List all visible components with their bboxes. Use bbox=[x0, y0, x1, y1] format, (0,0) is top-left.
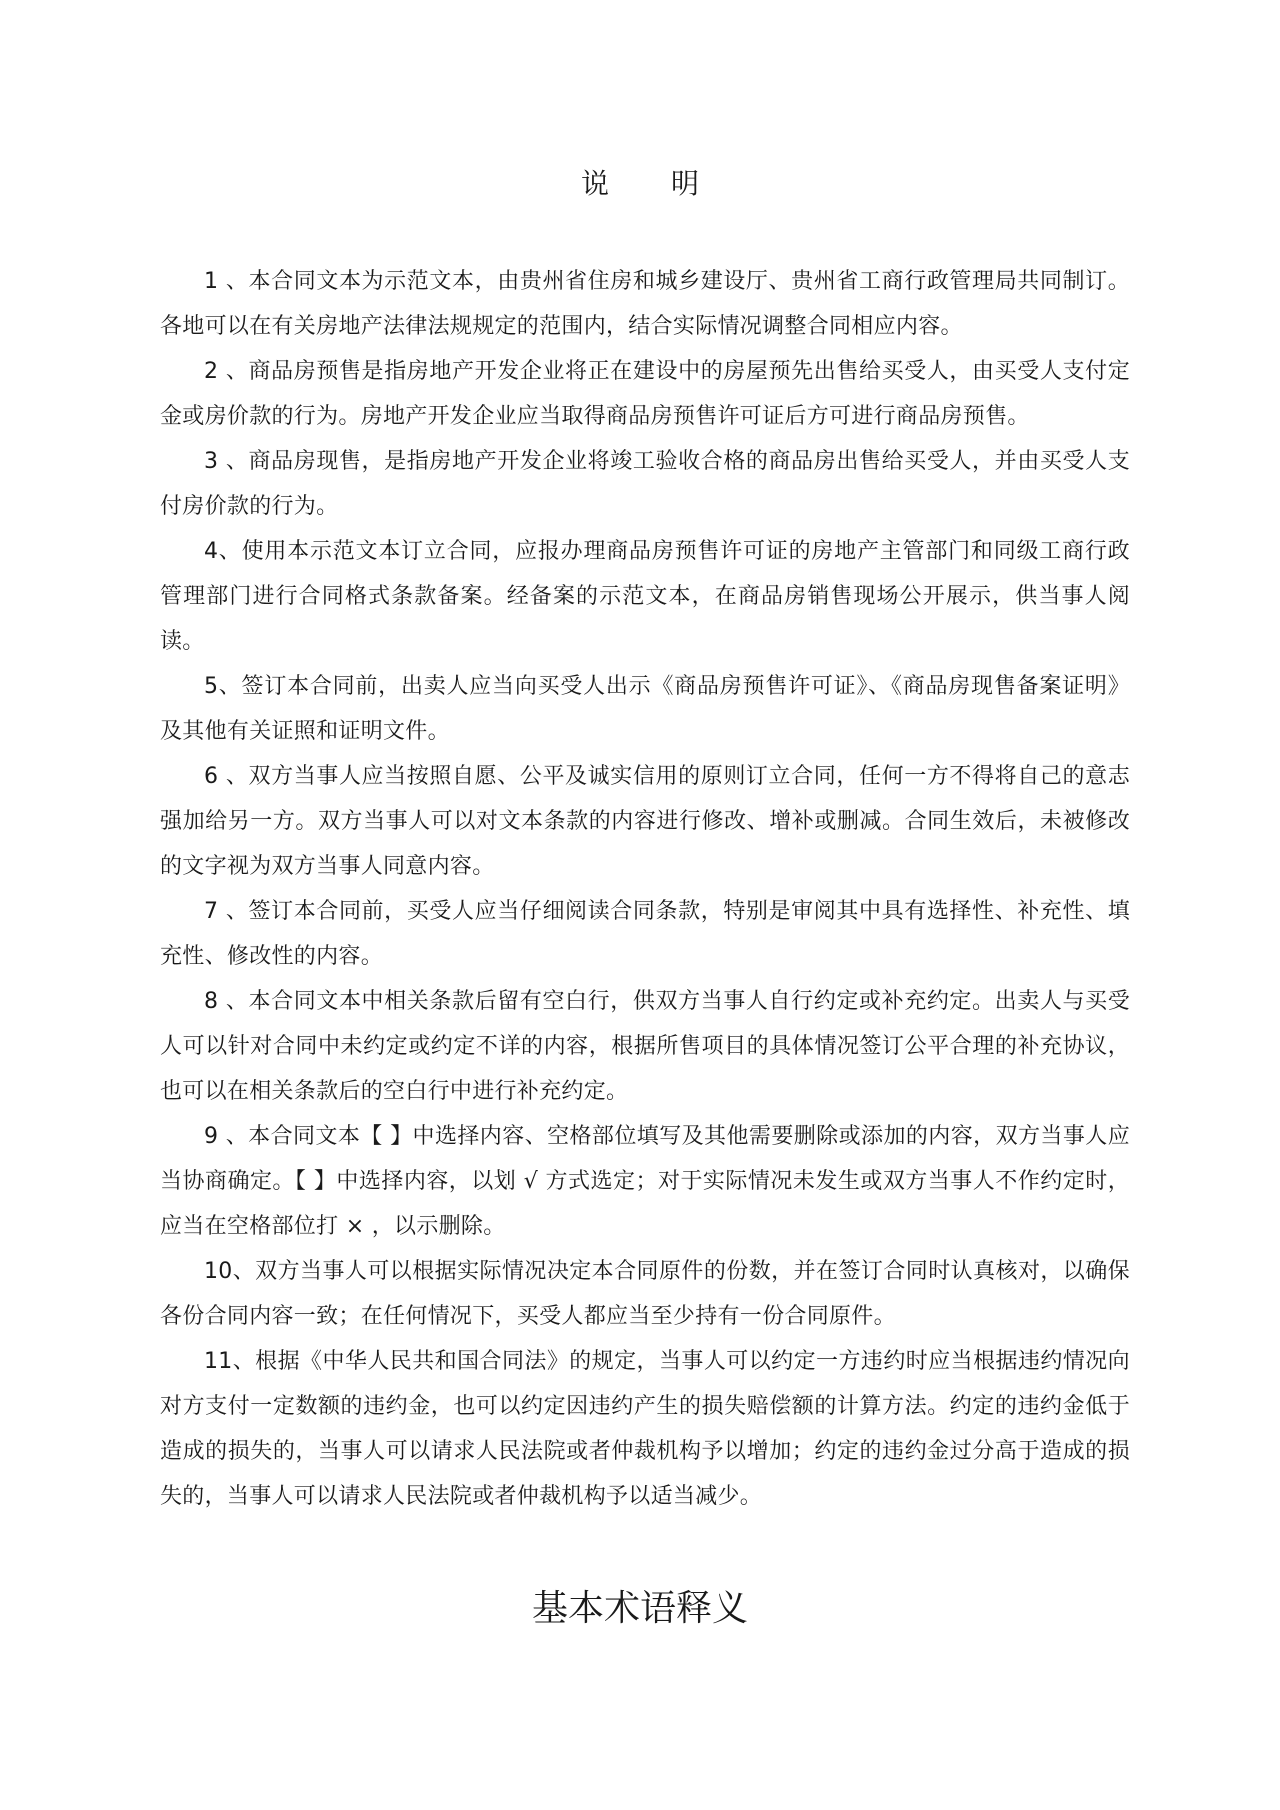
document-page: 说明 1 、本合同文本为示范文本，由贵州省住房和城乡建设厅、贵州省工商行政管理局… bbox=[0, 0, 1280, 1810]
instruction-paragraph-11: 11、根据《中华人民共和国合同法》的规定，当事人可以约定一方违约时应当根据违约情… bbox=[160, 1339, 1130, 1519]
section-heading-terms: 基本术语释义 bbox=[0, 1585, 1280, 1633]
instruction-paragraph-4: 4、使用本示范文本订立合同，应报办理商品房预售许可证的房地产主管部门和同级工商行… bbox=[160, 529, 1130, 664]
title-char-1: 说 bbox=[581, 167, 609, 200]
instruction-paragraph-2: 2 、商品房预售是指房地产开发企业将正在建设中的房屋预先出售给买受人，由买受人支… bbox=[160, 349, 1130, 439]
instruction-paragraph-1: 1 、本合同文本为示范文本，由贵州省住房和城乡建设厅、贵州省工商行政管理局共同制… bbox=[160, 259, 1130, 349]
instruction-paragraph-6: 6 、双方当事人应当按照自愿、公平及诚实信用的原则订立合同，任何一方不得将自己的… bbox=[160, 754, 1130, 889]
instruction-paragraph-7: 7 、签订本合同前，买受人应当仔细阅读合同条款，特别是审阅其中具有选择性、补充性… bbox=[160, 889, 1130, 979]
title-char-2: 明 bbox=[671, 167, 699, 200]
instruction-paragraph-9: 9 、本合同文本【 】中选择内容、空格部位填写及其他需要删除或添加的内容，双方当… bbox=[160, 1114, 1130, 1249]
page-title: 说明 bbox=[0, 164, 1280, 204]
instruction-paragraph-10: 10、双方当事人可以根据实际情况决定本合同原件的份数，并在签订合同时认真核对，以… bbox=[160, 1249, 1130, 1339]
instruction-paragraph-8: 8 、本合同文本中相关条款后留有空白行，供双方当事人自行约定或补充约定。出卖人与… bbox=[160, 979, 1130, 1114]
instruction-paragraph-5: 5、签订本合同前，出卖人应当向买受人出示《商品房预售许可证》、《商品房现售备案证… bbox=[160, 664, 1130, 754]
instructions-body: 1 、本合同文本为示范文本，由贵州省住房和城乡建设厅、贵州省工商行政管理局共同制… bbox=[160, 259, 1130, 1519]
instruction-paragraph-3: 3 、商品房现售，是指房地产开发企业将竣工验收合格的商品房出售给买受人，并由买受… bbox=[160, 439, 1130, 529]
